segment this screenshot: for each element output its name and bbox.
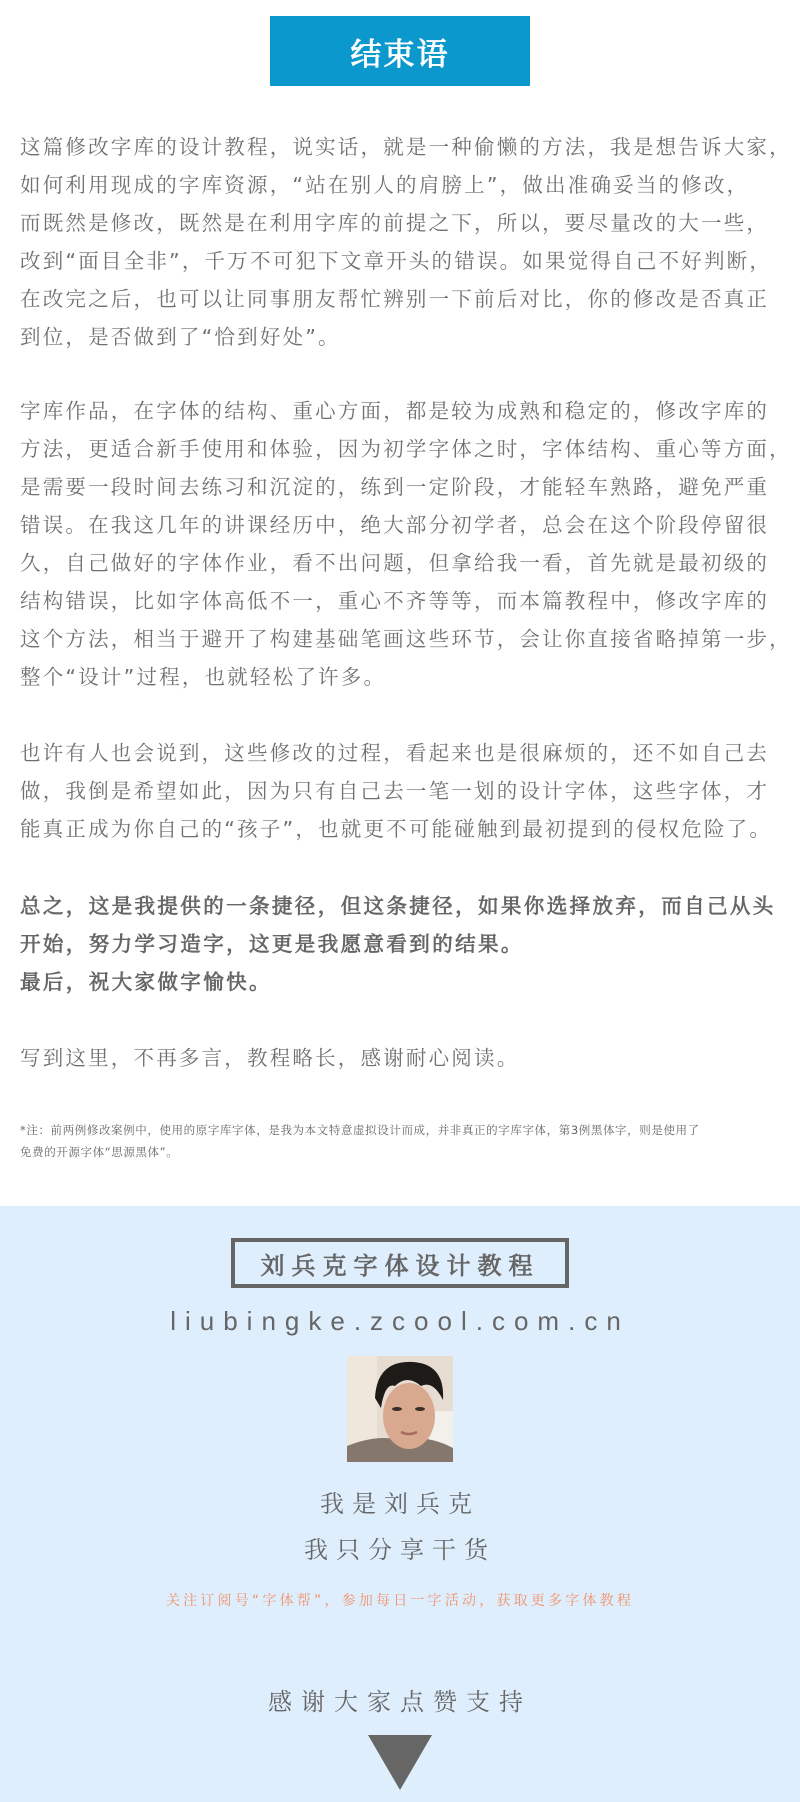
author-footer: 刘兵克字体设计教程 liubingke.zcool.com.cn 我是刘兵克 我… <box>0 1206 800 1802</box>
text-line: 久，自己做好的字体作业，看不出问题，但拿给我一看，首先就是最初级的 <box>20 544 790 582</box>
text-line: 改到“面目全非”，千万不可犯下文章开头的错误。如果觉得自己不好判断， <box>20 242 790 280</box>
brand-title: 刘兵克字体设计教程 <box>261 1246 540 1281</box>
triangle-down-icon <box>368 1735 432 1790</box>
text-line: 而既然是修改，既然是在利用字库的前提之下，所以，要尽量改的大一些， <box>20 204 790 242</box>
thanks-text: 感谢大家点赞支持 <box>0 1682 800 1717</box>
paragraph-3: 也许有人也会说到，这些修改的过程，看起来也是很麻烦的，还不如自己去 做，我倒是希… <box>20 734 790 848</box>
title-banner: 结束语 <box>270 16 530 86</box>
footnote: *注：前两例修改案例中，使用的原字库字体，是我为本文特意虚拟设计而成，并非真正的… <box>20 1119 790 1163</box>
paragraph-2: 字库作品，在字体的结构、重心方面，都是较为成熟和稳定的，修改字库的 方法，更适合… <box>20 392 790 696</box>
text-line: 总之，这是我提供的一条捷径，但这条捷径，如果你选择放弃，而自己从头 <box>20 887 790 925</box>
paragraph-5-closing: 写到这里，不再多言，教程略长，感谢耐心阅读。 <box>20 1039 790 1077</box>
intro-line-1: 我是刘兵克 <box>0 1484 800 1519</box>
text-line: 在改完之后，也可以让同事朋友帮忙辨别一下前后对比，你的修改是否真正 <box>20 280 790 318</box>
text-line: 方法，更适合新手使用和体验，因为初学字体之时，字体结构、重心等方面， <box>20 430 790 468</box>
site-url[interactable]: liubingke.zcool.com.cn <box>0 1306 800 1337</box>
text-line: 最后，祝大家做字愉快。 <box>20 963 790 1001</box>
text-line: 到位，是否做到了“恰到好处”。 <box>20 318 790 356</box>
page-title: 结束语 <box>351 29 450 74</box>
paragraph-1: 这篇修改字库的设计教程，说实话，就是一种偷懒的方法，我是想告诉大家， 如何利用现… <box>20 128 790 356</box>
text-line: 是需要一段时间去练习和沉淀的，练到一定阶段，才能轻车熟路，避免严重 <box>20 468 790 506</box>
paragraph-4-conclusion: 总之，这是我提供的一条捷径，但这条捷径，如果你选择放弃，而自己从头 开始，努力学… <box>20 887 790 1001</box>
text-line: 错误。在我这几年的讲课经历中，绝大部分初学者，总会在这个阶段停留很 <box>20 506 790 544</box>
text-line: 开始，努力学习造字，这更是我愿意看到的结果。 <box>20 925 790 963</box>
avatar <box>347 1356 453 1462</box>
text-line: 结构错误，比如字体高低不一，重心不齐等等，而本篇教程中，修改字库的 <box>20 582 790 620</box>
author-photo-icon <box>347 1356 453 1462</box>
footnote-line: *注：前两例修改案例中，使用的原字库字体，是我为本文特意虚拟设计而成，并非真正的… <box>20 1119 790 1141</box>
footnote-line: 免费的开源字体“思源黑体”。 <box>20 1141 790 1163</box>
text-line: 能真正成为你自己的“孩子”，也就更不可能碰触到最初提到的侵权危险了。 <box>20 810 790 848</box>
text-line: 这篇修改字库的设计教程，说实话，就是一种偷懒的方法，我是想告诉大家， <box>20 128 790 166</box>
text-line: 这个方法，相当于避开了构建基础笔画这些环节，会让你直接省略掉第一步， <box>20 620 790 658</box>
text-line: 也许有人也会说到，这些修改的过程，看起来也是很麻烦的，还不如自己去 <box>20 734 790 772</box>
text-line: 整个“设计”过程，也就轻松了许多。 <box>20 658 790 696</box>
intro-line-2: 我只分享干货 <box>0 1530 800 1565</box>
text-line: 做，我倒是希望如此，因为只有自己去一笔一划的设计字体，这些字体，才 <box>20 772 790 810</box>
text-line: 字库作品，在字体的结构、重心方面，都是较为成熟和稳定的，修改字库的 <box>20 392 790 430</box>
text-line: 写到这里，不再多言，教程略长，感谢耐心阅读。 <box>20 1039 790 1077</box>
brand-title-box: 刘兵克字体设计教程 <box>231 1238 569 1288</box>
follow-cta: 关注订阅号“字体帮”，参加每日一字活动，获取更多字体教程 <box>0 1590 800 1610</box>
text-line: 如何利用现成的字库资源，“站在别人的肩膀上”，做出准确妥当的修改， <box>20 166 790 204</box>
